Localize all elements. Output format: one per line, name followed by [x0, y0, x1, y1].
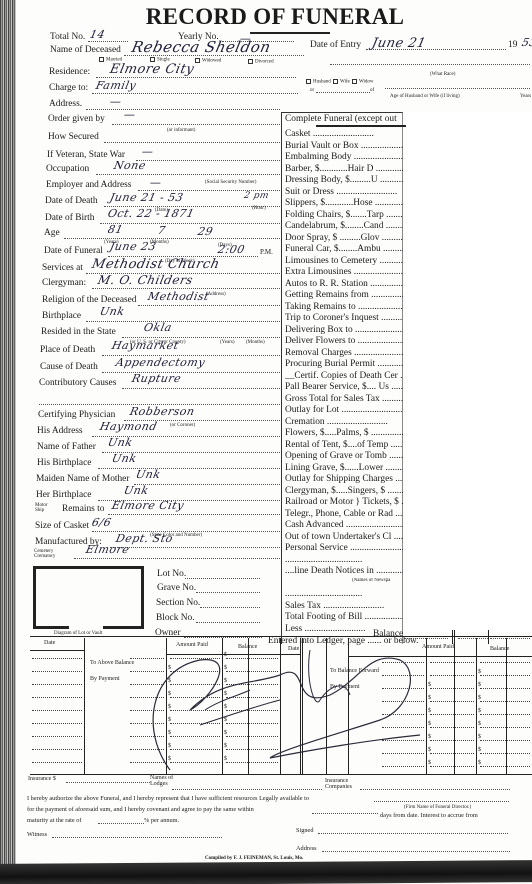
- charge-item: ....line Death Notices in ..............…: [285, 566, 403, 576]
- address-line: [86, 109, 280, 110]
- charge-item: Trip to Coroner's Inquest ..............…: [285, 313, 403, 323]
- dollar-sign: $: [478, 695, 481, 701]
- ssn-note: (Social Security Number): [205, 180, 256, 185]
- charge-item: Lining Grave, $......Lower .............…: [285, 463, 403, 473]
- charge-label: Charge to:: [49, 83, 88, 93]
- mother-label: Maiden Name of Mother: [36, 474, 129, 484]
- charge-item: Getting Remains from ...................…: [285, 290, 403, 300]
- per-annum-label: % per annum.: [144, 817, 179, 824]
- title-rule: [250, 32, 330, 34]
- block-no-label: Block No.: [156, 613, 195, 623]
- dob-value[interactable]: Oct. 22 - 1871: [107, 207, 196, 220]
- residence-value[interactable]: Elmore City: [108, 62, 195, 77]
- ledger-left-date-rule: [30, 650, 84, 651]
- charge-item: Suit or Dress ..........................: [285, 187, 403, 197]
- funeral-hour-value[interactable]: 2:00: [217, 243, 246, 256]
- deceased-name-label: Name of Deceased: [50, 45, 121, 55]
- charge-item: Telegr., Phone, Cable or Rad ...........…: [285, 509, 403, 519]
- age-days[interactable]: 29: [197, 225, 215, 238]
- charge-item: Cremation ..........................: [285, 417, 403, 427]
- dollar-sign: $: [478, 669, 481, 675]
- how-secured-line: [104, 142, 280, 143]
- authorize-text-1: I hereby authorize the above Funeral, an…: [27, 795, 309, 802]
- veteran-line: [136, 160, 280, 161]
- year-value[interactable]: 53: [521, 36, 532, 49]
- ledger-column-divider: [476, 638, 477, 774]
- his-address-value[interactable]: Haymond: [99, 420, 159, 433]
- race-line: [330, 64, 530, 65]
- charge-item: Flowers, $.....Palms, $ ................…: [285, 428, 403, 438]
- charge-item: Outlay for Shipping Charges ............…: [285, 474, 403, 484]
- days-line: [312, 813, 378, 814]
- resided-value[interactable]: Okla: [143, 321, 174, 334]
- spouse-age-line: [385, 88, 530, 89]
- charge-item: Delivering Box to ......................…: [285, 325, 403, 335]
- grave-no-label: Grave No.: [157, 583, 196, 593]
- charge-item: Pall Bearer Service, $.... Us ..........…: [285, 382, 403, 392]
- checkbox-husband-box[interactable]: [306, 79, 311, 84]
- residence-label: Residence:: [49, 67, 90, 77]
- checkbox-widowed-box[interactable]: [195, 58, 200, 63]
- age-line: [64, 238, 280, 239]
- charge-item: Funeral Car, $........Ambu .............…: [285, 244, 403, 254]
- contributory-value[interactable]: Rupture: [131, 372, 183, 385]
- his-birthplace-label: His Birthplace: [37, 458, 91, 468]
- charge-item: Extra Limousines .......................…: [285, 267, 403, 277]
- ledger-left-date-header: Date: [44, 640, 55, 646]
- checkbox-widowed[interactable]: Widowed: [195, 58, 221, 64]
- services-label: Services at: [42, 263, 83, 273]
- clergyman-value[interactable]: M. O. Childers: [97, 273, 195, 287]
- address-value[interactable]: —: [109, 95, 123, 108]
- charge-item: Embalming Body .........................…: [285, 152, 403, 162]
- ledger-row-line[interactable]: [480, 662, 530, 663]
- checkbox-divorced-box[interactable]: [248, 59, 253, 64]
- funeral-date-label: Date of Funeral: [44, 246, 103, 256]
- authorize-text-2: for the payment of aforesaid sum, and I …: [27, 806, 254, 813]
- lodges-label: Names of Lodges: [150, 775, 173, 787]
- block-no-line: [196, 622, 260, 623]
- charge-item: Casket ..........................: [285, 129, 403, 139]
- charge-item: Clergyman, $.....Singers, $ ............…: [285, 486, 403, 496]
- charge-item: Candelabrum, $........Cand .............…: [285, 221, 403, 231]
- charge-item: Deliver Flowers to .....................…: [285, 336, 403, 346]
- ledger-row-line[interactable]: [480, 727, 530, 728]
- death-hour-value[interactable]: 2 pm: [243, 191, 270, 201]
- dollar-sign: $: [478, 734, 481, 740]
- checkbox-widow[interactable]: Widow: [352, 79, 374, 85]
- charge-item: Burial Vault or Box ....................…: [285, 141, 403, 151]
- employer-value[interactable]: —: [149, 176, 163, 189]
- ledger-row-line[interactable]: [480, 675, 530, 676]
- signature-address-label: Address: [296, 845, 317, 852]
- checkbox-married-box[interactable]: [99, 57, 104, 62]
- checkbox-husband[interactable]: Husband: [306, 79, 331, 85]
- birthplace-value[interactable]: Unk: [99, 305, 126, 318]
- date-death-value[interactable]: June 21 - 53: [109, 191, 185, 204]
- casket-size-label: Size of Casket: [35, 521, 89, 531]
- casket-size-value[interactable]: 6/6: [91, 516, 113, 529]
- charge-item: .................................: [285, 555, 403, 565]
- mother-value[interactable]: Unk: [135, 468, 162, 481]
- resided-months-note: (Months): [246, 340, 265, 345]
- checkbox-wife[interactable]: Wife: [333, 79, 350, 85]
- date-entry-label: Date of Entry: [310, 40, 361, 50]
- checkbox-wife-box[interactable]: [333, 79, 338, 84]
- place-death-label: Place of Death: [40, 345, 95, 355]
- total-no-value[interactable]: 14: [89, 28, 107, 41]
- spouse-of: of: [370, 88, 374, 93]
- spouse-or: or: [310, 88, 314, 93]
- charge-item: Out of town Undertaker's Cl ............…: [285, 532, 403, 542]
- cemetery-value[interactable]: Elmore: [85, 543, 131, 556]
- ledger-row-line[interactable]: [32, 736, 82, 737]
- scan-binding-edge: [0, 0, 16, 884]
- order-given-value[interactable]: —: [123, 108, 137, 121]
- father-label: Name of Father: [37, 442, 96, 452]
- employer-label: Employer and Address: [46, 180, 131, 190]
- charge-item: Rental of Tent, $....of Temp ...........…: [285, 440, 403, 450]
- page-title: RECORD OF FUNERAL: [140, 4, 410, 30]
- resided-years-note: (Years): [220, 340, 235, 345]
- physician-value[interactable]: Robberson: [129, 405, 196, 418]
- witness-line: [52, 837, 222, 838]
- informant-note: (or informant): [167, 128, 195, 133]
- charge-value[interactable]: Family: [95, 79, 138, 92]
- charge-item: Railroad or Motor } Tickets, $ .........…: [285, 497, 403, 507]
- ledger-top-rule: [30, 636, 532, 637]
- total-no-line: [88, 41, 128, 42]
- ledger-row-line[interactable]: [32, 723, 82, 724]
- his-birthplace-line: [98, 468, 280, 469]
- funeral-record-page: RECORD OF FUNERAL Total No. 14 Yearly No…: [0, 0, 532, 884]
- veteran-value[interactable]: —: [141, 145, 155, 158]
- order-given-line: [112, 124, 280, 125]
- her-birthplace-label: Her Birthplace: [36, 490, 91, 500]
- charge-item: Dressing Body, $.........U .............…: [285, 175, 403, 185]
- charge-item: Removal Charges ........................…: [285, 348, 403, 358]
- resided-label: Resided in the State: [41, 327, 116, 337]
- charge-item: Gross Total for Sales Tax ..............…: [285, 394, 403, 404]
- hour-note: (Hour): [252, 206, 266, 211]
- ledger-column-divider: [84, 638, 85, 774]
- scan-bottom-shadow: [0, 860, 532, 884]
- ledger-row-line[interactable]: [32, 710, 82, 711]
- ledger-row-line[interactable]: [32, 697, 82, 698]
- total-no-label: Total No.: [50, 32, 85, 42]
- age-months[interactable]: 7: [157, 224, 167, 237]
- ledger-row-line[interactable]: [32, 671, 82, 672]
- companies-line: [360, 789, 510, 790]
- occupation-line: [96, 174, 280, 175]
- charges-panel: Casket ..........................Burial …: [281, 112, 403, 644]
- cause-death-label: Cause of Death: [40, 362, 98, 372]
- charge-item: Folding Chairs, $.......Tarp ...........…: [285, 210, 403, 220]
- contributory-line: [122, 388, 280, 389]
- resided-line: [122, 337, 280, 338]
- companies-label: Insurance Companies: [325, 778, 352, 790]
- spouse-age-note: Age of Husband or Wife (if living): [390, 94, 460, 99]
- charge-item: Total Footing of Bill ..................…: [285, 612, 403, 622]
- charge-item: Door Spray, $ .........Glov ............…: [285, 233, 403, 243]
- contributory-label: Contributory Causes: [39, 378, 116, 388]
- dollar-sign: $: [478, 708, 481, 714]
- ledger-row-line[interactable]: [480, 714, 530, 715]
- motor-ship-label: Motor Ship: [35, 503, 48, 513]
- birthplace-label: Birthplace: [42, 311, 81, 321]
- dob-line: [100, 223, 280, 224]
- charge-item: Outlay for Lot .........................…: [285, 405, 403, 415]
- his-birthplace-value[interactable]: Unk: [111, 452, 138, 465]
- charge-item: Cash Advanced ..........................: [285, 520, 403, 530]
- ledger-row-line[interactable]: [480, 753, 530, 754]
- charge-item: Taking Remains to ......................…: [285, 302, 403, 312]
- ledger-row-line[interactable]: [480, 701, 530, 702]
- signed-line: [318, 833, 508, 834]
- birthplace-line: [86, 321, 280, 322]
- manufactured-line: [110, 547, 280, 548]
- age-years[interactable]: 81: [107, 223, 125, 236]
- date-entry-value[interactable]: June 21: [370, 36, 427, 51]
- charge-item: Personal Service .......................…: [285, 543, 403, 553]
- years-note: Years: [520, 94, 531, 99]
- cause-death-value[interactable]: Appendectomy: [115, 356, 207, 369]
- ledger-row-line[interactable]: [480, 688, 530, 689]
- dob-label: Date of Birth: [45, 213, 94, 223]
- veteran-label: If Veteran, State War: [47, 150, 125, 160]
- cemetery-line: [74, 558, 280, 559]
- lot-no-line: [185, 578, 260, 579]
- father-value[interactable]: Unk: [107, 436, 134, 449]
- occupation-label: Occupation: [46, 164, 89, 174]
- ledger-row-line[interactable]: [32, 658, 82, 659]
- place-death-value[interactable]: Haymarket: [111, 339, 180, 352]
- year-prefix: 19: [508, 40, 517, 50]
- scan-blank-area: [404, 112, 532, 632]
- charge-item: Procuring Burial Permit ................…: [285, 359, 403, 369]
- charges-header-rule: [316, 125, 406, 127]
- spouse-line: [316, 92, 370, 93]
- remains-value[interactable]: Elmore City: [111, 499, 186, 512]
- ledger-row-line[interactable]: [480, 766, 530, 767]
- lodges-line: [172, 789, 322, 790]
- charge-item: Slippers, $............Hose ............…: [285, 198, 403, 208]
- charge-item: .................................: [285, 589, 403, 599]
- grave-no-line: [196, 592, 260, 593]
- charge-line: [92, 93, 298, 94]
- order-given-label: Order given by: [48, 114, 105, 124]
- ledger-row-line[interactable]: [32, 762, 82, 763]
- his-address-label: His Address: [37, 426, 83, 436]
- ledger-row-line[interactable]: [32, 684, 82, 685]
- mother-line: [134, 484, 280, 485]
- charge-item: Opening of Grave or Tomb ...............…: [285, 451, 403, 461]
- residence-line: [96, 77, 296, 78]
- charge-item: (Names of Newspa: [352, 578, 470, 583]
- insurance-label: Insurance $: [28, 776, 56, 782]
- age-label: Age: [44, 228, 60, 238]
- section-no-line: [200, 607, 260, 608]
- her-birthplace-value[interactable]: Unk: [123, 484, 150, 497]
- charge-item: Autos to R. R. Station .................…: [285, 279, 403, 289]
- lot-no-label: Lot No.: [157, 569, 186, 579]
- physician-label: Certifying Physician: [38, 410, 115, 420]
- religion-value[interactable]: Methodist: [147, 290, 211, 303]
- how-secured-label: How Secured: [48, 132, 99, 142]
- signature-address-line: [322, 851, 510, 852]
- occupation-value[interactable]: None: [113, 159, 148, 172]
- pm-label: P.M.: [260, 248, 273, 256]
- signature-scrawl: [130, 640, 450, 780]
- lot-diagram-box: [33, 566, 144, 629]
- director-line: [374, 801, 509, 802]
- director-note: (Firm Name of Funeral Director.): [404, 805, 471, 810]
- services-value[interactable]: Methodist Church: [90, 257, 221, 272]
- religion-label: Religion of the Deceased: [42, 295, 137, 305]
- ledger-row-line[interactable]: [32, 749, 82, 750]
- ledger-row-line[interactable]: [480, 740, 530, 741]
- remains-line: [108, 514, 280, 515]
- dollar-sign: $: [478, 760, 481, 766]
- what-race-note: (What Race): [430, 72, 455, 77]
- charges-header: Complete Funeral (except out: [285, 114, 397, 124]
- religion-line: [138, 305, 280, 306]
- funeral-date-value[interactable]: June 23: [109, 240, 158, 253]
- checkbox-divorced[interactable]: Divorced: [248, 59, 274, 65]
- dollar-sign: $: [478, 721, 481, 727]
- date-death-label: Date of Death: [45, 196, 98, 206]
- charge-item: Sales Tax ..........................: [285, 601, 403, 611]
- coroner-note: (or Coroner): [170, 423, 195, 428]
- section-no-label: Section No.: [156, 598, 200, 608]
- charge-item: Limousines to Cemetery .................…: [285, 256, 403, 266]
- charge-item: __Certif. Copies of Death Cer ..........…: [285, 371, 403, 381]
- charge-item: Barber, $............Hair D ............…: [285, 164, 403, 174]
- address-label: Address.: [49, 99, 82, 109]
- ledger-right-balance-header: Balance: [490, 646, 509, 652]
- dollar-sign: $: [478, 682, 481, 688]
- signed-label: Signed: [296, 827, 314, 834]
- clergyman-line: [92, 288, 280, 289]
- authorize-text-2b: days from date. Interest to accrue from: [380, 812, 478, 819]
- clergyman-label: Clergyman:: [42, 278, 86, 288]
- witness-label: Witness: [27, 831, 47, 838]
- dollar-sign: $: [478, 747, 481, 753]
- deceased-name-value[interactable]: Rebecca Sheldon: [130, 38, 272, 56]
- cemetery-label: Cemetery Crematory: [34, 549, 55, 559]
- checkbox-widow-box[interactable]: [352, 79, 357, 84]
- remains-label: Remains to: [62, 504, 104, 514]
- cause-death-line: [102, 372, 280, 373]
- compiled-by: Compiled by F. J. FEINEMAN, St. Louis, M…: [205, 856, 303, 861]
- rate-line: [98, 823, 144, 824]
- insurance-line: [66, 782, 150, 783]
- to-above-balance-label: To Above Balance: [90, 660, 134, 666]
- by-payment-left-label: By Payment: [90, 676, 120, 682]
- authorize-text-3: maturity at the rate of: [27, 817, 82, 824]
